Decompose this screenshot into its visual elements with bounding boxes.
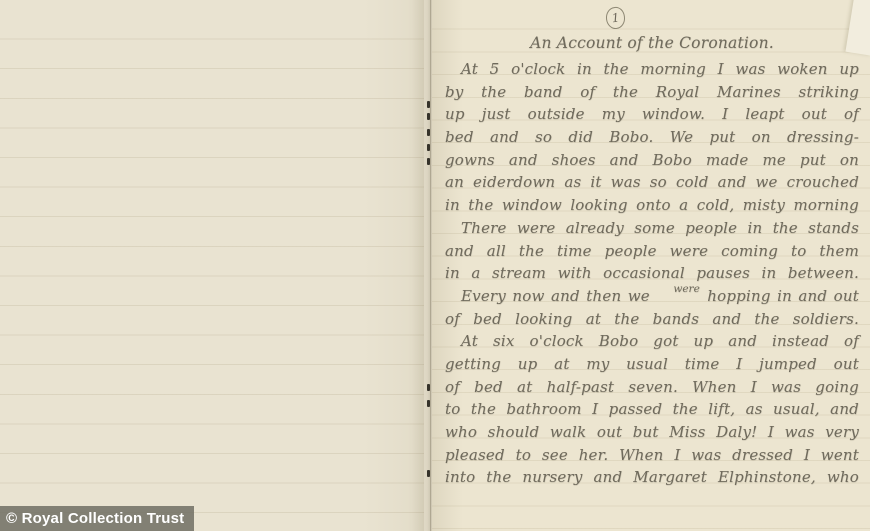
copyright-text: © Royal Collection Trust [6,510,184,527]
stitch-mark [427,158,430,165]
diary-line: by the band of the Royal Marines strikin… [445,81,859,104]
diary-line: to the bathroom I passed the lift, as us… [445,398,859,421]
diary-line: who should walk out but Miss Daly! I was… [445,421,859,444]
diary-line: At 5 o'clock in the morning I was woken … [445,58,859,81]
stitch-mark [427,144,430,151]
diary-line: gowns and shoes and Bobo made me put on [445,149,859,172]
diary-line: an eiderdown as it was so cold and we cr… [445,171,859,194]
diary-line: of bed at half-past seven. When I was go… [445,376,859,399]
stitch-mark [427,101,430,108]
diary-line: of bed looking at the bands and the sold… [445,308,859,331]
notebook-photo: 1 An Account of the Coronation. At 5 o'c… [0,0,870,531]
diary-line: getting up at my usual time I jumped out [445,353,859,376]
stitch-mark [427,129,430,136]
diary-line: There were already some people in the st… [445,217,859,240]
diary-line-with-insertion: Every now and then we were hopping in an… [445,285,859,308]
diary-line: in the window looking onto a cold, misty… [445,194,859,217]
diary-line: At six o'clock Bobo got up and instead o… [445,330,859,353]
right-written-page: 1 An Account of the Coronation. At 5 o'c… [432,0,870,531]
stitch-mark [427,113,430,120]
diary-line: bed and so did Bobo. We put on dressing- [445,126,859,149]
left-blank-page [0,0,424,531]
diary-text: An Account of the Coronation. At 5 o'clo… [445,32,859,489]
diary-line: pleased to see her. When I was dressed I… [445,444,859,467]
diary-line: into the nursery and Margaret Elphinston… [445,466,859,489]
watermark-banner: © Royal Collection Trust [0,506,194,531]
page-number-badge: 1 [605,6,627,30]
stitch-mark [427,384,430,391]
diary-line: up just outside my window. I leapt out o… [445,103,859,126]
diary-line: in a stream with occasional pauses in be… [445,262,859,285]
inserted-word: were [657,278,699,301]
line-text: Every now and then we [461,287,650,305]
gutter-crease [430,0,431,531]
diary-line: and all the time people were coming to t… [445,240,859,263]
stitch-mark [427,400,430,407]
line-text: hopping in and out [707,287,859,305]
diary-title: An Account of the Coronation. [445,32,859,56]
stitch-mark [427,470,430,477]
